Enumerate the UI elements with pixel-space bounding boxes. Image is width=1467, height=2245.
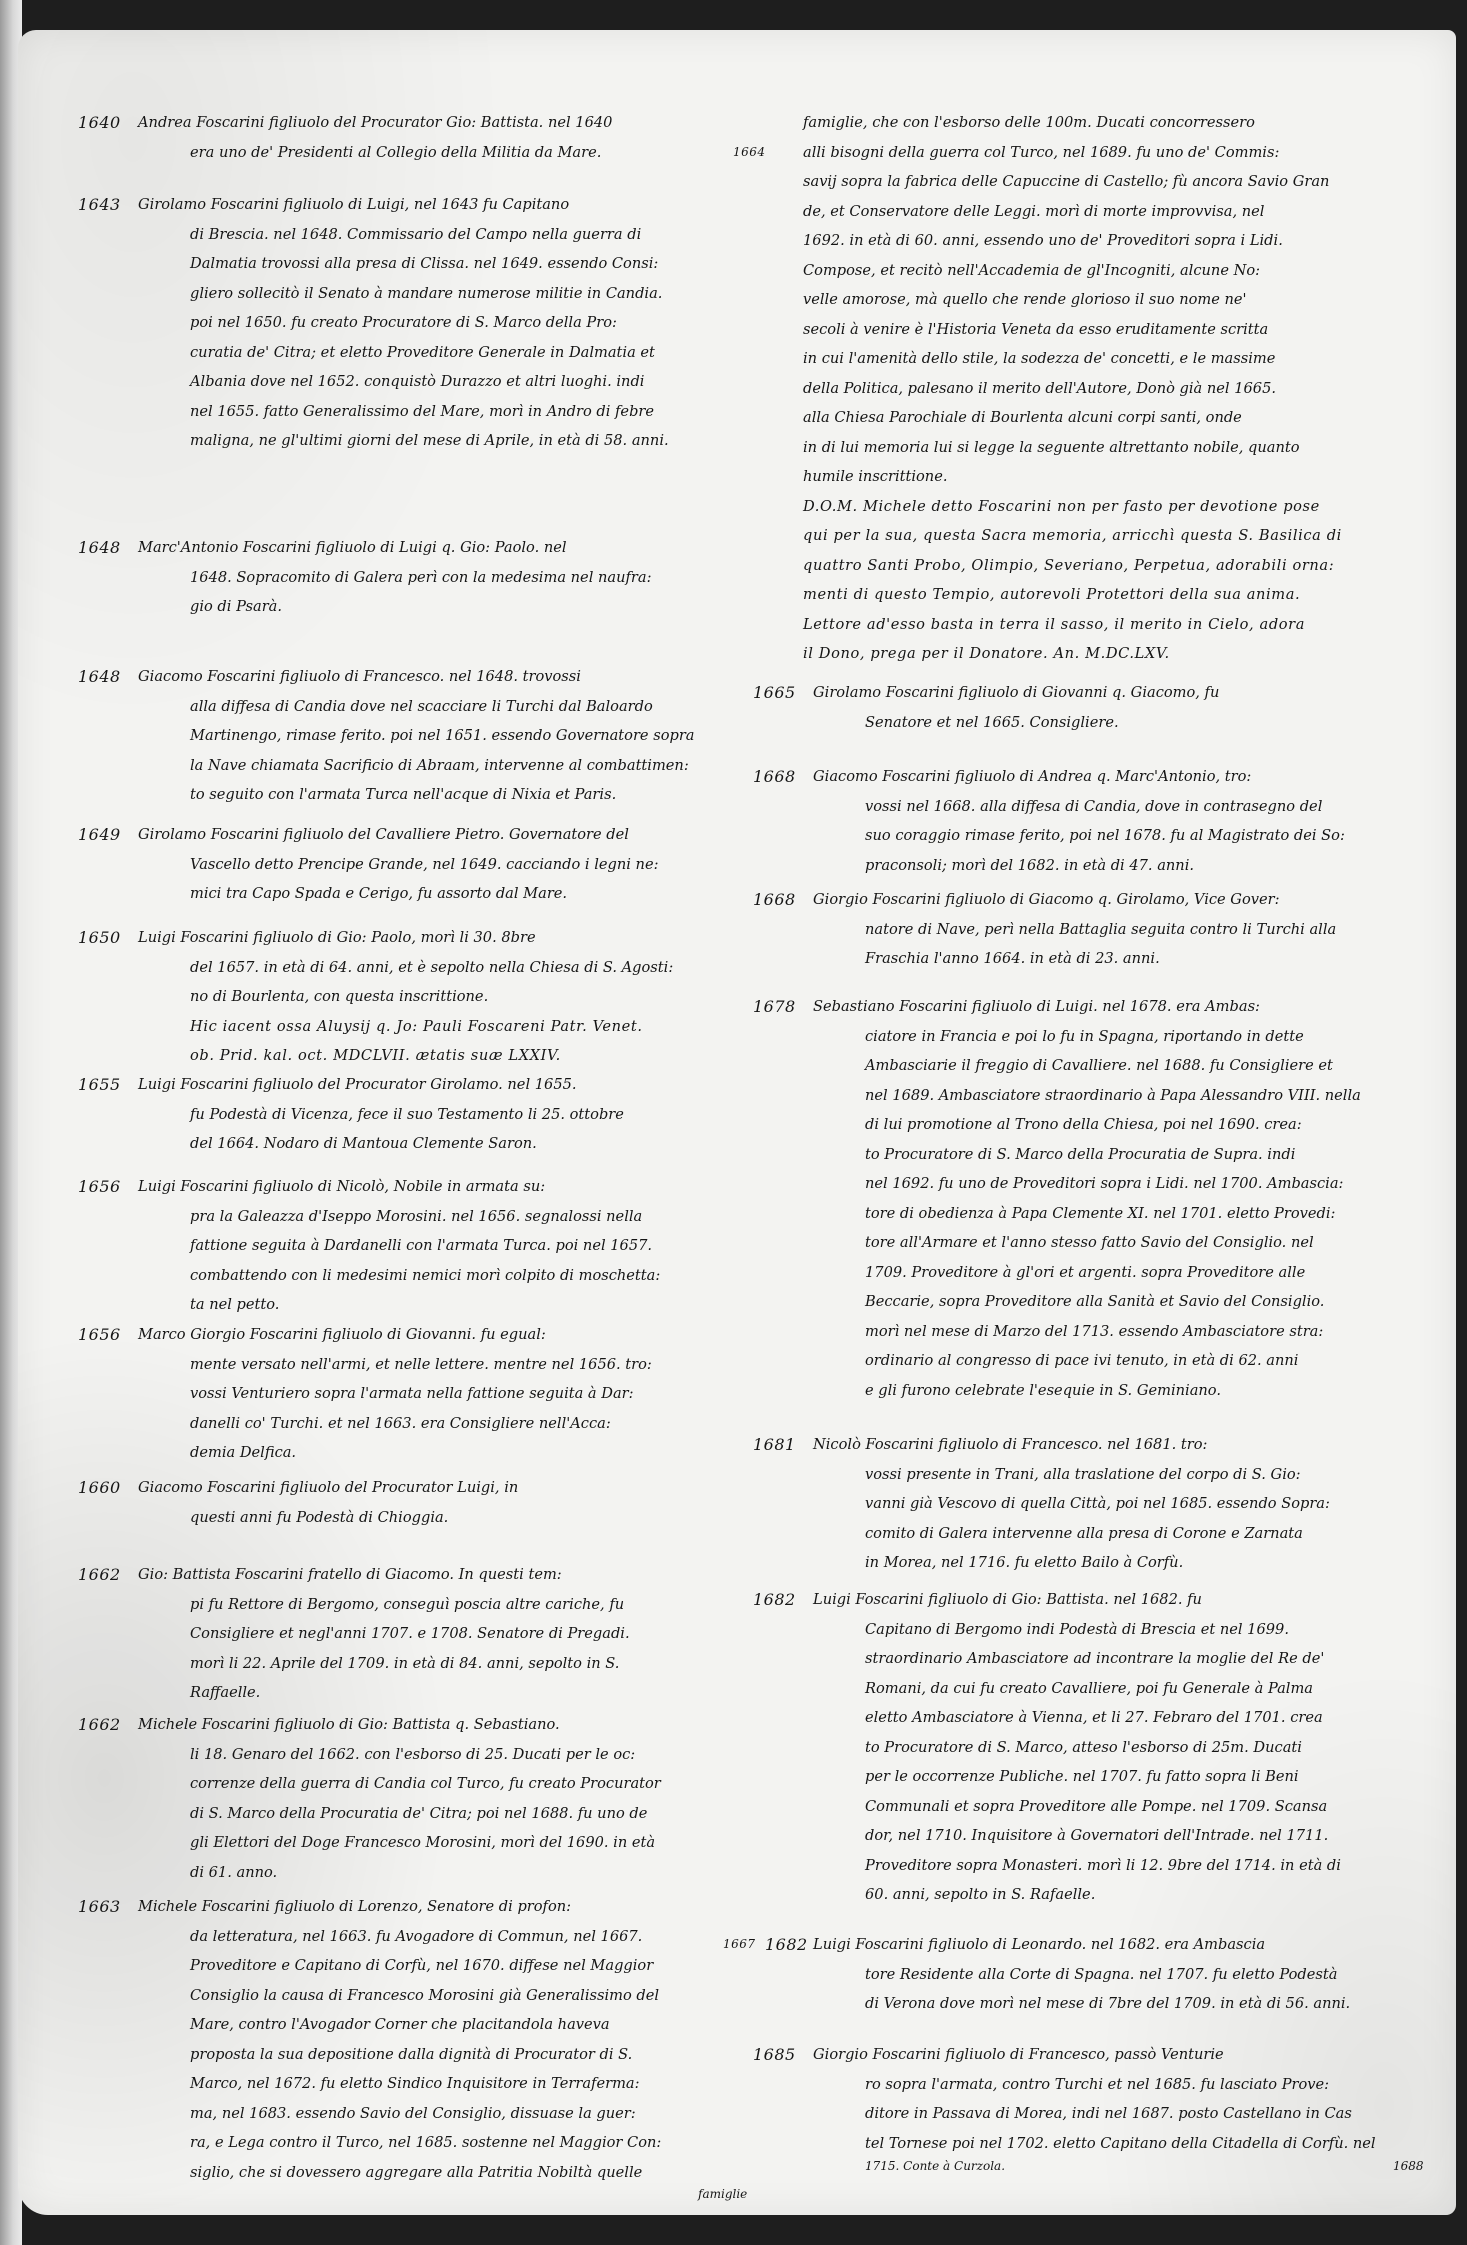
entry-line: vossi Venturiero sopra l'armata nella fa… (138, 1379, 652, 1409)
entry-line: ma, nel 1683. essendo Savio del Consigli… (138, 2099, 747, 2129)
entry-line: la Nave chiamata Sacrificio di Abraam, i… (138, 751, 695, 781)
entry-line: de, et Conservatore delle Leggi. morì di… (803, 197, 1342, 227)
entry-year: 1668 (753, 762, 811, 792)
inscription-line: D.O.M. Michele detto Foscarini non per f… (803, 492, 1342, 522)
entry-year: 1656 (78, 1172, 136, 1202)
entry-line: morì nel mese di Marzo del 1713. essendo… (813, 1317, 1361, 1347)
catchword: famiglie (138, 2187, 747, 2201)
entry-line: suo coraggio rimase ferito, poi nel 1678… (813, 821, 1345, 851)
entry-line: praconsoli; morì del 1682. in età di 47.… (813, 851, 1345, 881)
entry-line: Michele Foscarini figliuolo di Gio: Batt… (138, 1710, 661, 1740)
entry-line: Vascello detto Prencipe Grande, nel 1649… (138, 850, 659, 880)
entry-line: Gio: Battista Foscarini fratello di Giac… (138, 1560, 630, 1590)
entry-line: Marco Giorgio Foscarini figliuolo di Gio… (138, 1320, 652, 1350)
entry-1656-marco-giorgio: 1656 Marco Giorgio Foscarini figliuolo d… (78, 1320, 652, 1468)
entry-year: 1662 (78, 1710, 136, 1740)
entry-line: Giacomo Foscarini figliuolo di Andrea q.… (813, 762, 1345, 792)
entry-line: gli Elettori del Doge Francesco Morosini… (138, 1828, 661, 1858)
entry-line: alla Chiesa Parochiale di Bourlenta alcu… (803, 403, 1342, 433)
entry-1655-luigi: 1655 Luigi Foscarini figliuolo del Procu… (78, 1070, 624, 1159)
entry-line: alli bisogni della guerra col Turco, nel… (803, 138, 1342, 168)
entry-line: fattione seguita à Dardanelli con l'arma… (138, 1231, 660, 1261)
entry-line: danelli co' Turchi. et nel 1663. era Con… (138, 1409, 652, 1439)
entry-line: per le occorrenze Publiche. nel 1707. fu… (813, 1762, 1341, 1792)
entry-year: 1648 (78, 533, 136, 563)
entry-line: in cui l'amenità dello stile, la sodezza… (803, 344, 1342, 374)
entry-line: da letteratura, nel 1663. fu Avogadore d… (138, 1922, 747, 1952)
entry-line: ta nel petto. (138, 1290, 660, 1320)
entry-line: curatia de' Citra; et eletto Proveditore… (138, 338, 669, 368)
entry-line: Girolamo Foscarini figliuolo del Cavalli… (138, 820, 659, 850)
entry-line: Compose, et recitò nell'Accademia de gl'… (803, 256, 1342, 286)
entry-line: gio di Psarà. (138, 592, 652, 622)
entry-line: Albania dove nel 1652. conquistò Durazzo… (138, 367, 669, 397)
entry-year: 1663 (78, 1892, 136, 1922)
entry-year: 1665 (753, 678, 811, 708)
entry-line: to Procuratore di S. Marco della Procura… (813, 1140, 1361, 1170)
entry-year: 1678 (753, 992, 811, 1022)
entry-year: 1650 (78, 923, 136, 953)
entry-line: tore di obedienza à Papa Clemente XI. ne… (813, 1199, 1361, 1229)
entry-line: Luigi Foscarini figliuolo di Nicolò, Nob… (138, 1172, 660, 1202)
entry-line: pra la Galeazza d'Iseppo Morosini. nel 1… (138, 1202, 660, 1232)
entry-line: 1709. Proveditore à gl'ori et argenti. s… (813, 1258, 1361, 1288)
entry-line: mente versato nell'armi, et nelle letter… (138, 1350, 652, 1380)
entry-1668-giorgio: 1668 Giorgio Foscarini figliuolo di Giac… (753, 885, 1336, 974)
entry-line: Consiglio la causa di Francesco Morosini… (138, 1981, 747, 2011)
entry-line: Giacomo Foscarini figliuolo di Francesco… (138, 662, 695, 692)
entry-line: vanni già Vescovo di quella Città, poi n… (813, 1489, 1330, 1519)
entry-line: Romani, da cui fu creato Cavalliere, poi… (813, 1674, 1341, 1704)
entry-line: eletto Ambasciatore à Vienna, et li 27. … (813, 1703, 1341, 1733)
entry-line: li 18. Genaro del 1662. con l'esborso di… (138, 1740, 661, 1770)
entry-line: Dalmatia trovossi alla presa di Clissa. … (138, 249, 669, 279)
entry-line: maligna, ne gl'ultimi giorni del mese di… (138, 426, 669, 456)
entry-line: della Politica, palesano il merito dell'… (803, 374, 1342, 404)
entry-line: Ambasciarie il freggio di Cavalliere. ne… (813, 1051, 1361, 1081)
entry-line: humile inscrittione. (803, 462, 1342, 492)
entry-line: nel 1655. fatto Generalissimo del Mare, … (138, 397, 669, 427)
entry-line: Giacomo Foscarini figliuolo del Procurat… (138, 1473, 518, 1503)
entry-1643-girolamo: 1643 Girolamo Foscarini figliuolo di Lui… (78, 190, 669, 456)
entry-line: vossi nel 1668. alla diffesa di Candia, … (813, 792, 1345, 822)
entry-year: 1643 (78, 190, 136, 220)
entry-line: straordinario Ambasciatore ad incontrare… (813, 1644, 1341, 1674)
entry-1640-andrea: 1640 Andrea Foscarini figliuolo del Proc… (78, 108, 612, 167)
entry-line: natore di Nave, perì nella Battaglia seg… (813, 915, 1336, 945)
inscription-line: quattro Santi Probo, Olimpio, Severiano,… (803, 551, 1342, 581)
entry-line: ciatore in Francia e poi lo fu in Spagna… (813, 1022, 1361, 1052)
entry-line: di lui promotione al Trono della Chiesa,… (813, 1110, 1361, 1140)
entry-1649-girolamo: 1649 Girolamo Foscarini figliuolo del Ca… (78, 820, 659, 909)
entry-line: di Brescia. nel 1648. Commissario del Ca… (138, 220, 669, 250)
entry-year: 1685 (753, 2040, 811, 2070)
entry-1662-gio-battista: 1662 Gio: Battista Foscarini fratello di… (78, 1560, 630, 1708)
entry-line: Michele Foscarini figliuolo di Lorenzo, … (138, 1892, 747, 1922)
entry-line: to Procuratore di S. Marco, atteso l'esb… (813, 1733, 1341, 1763)
entry-line: 1692. in età di 60. anni, essendo uno de… (803, 226, 1342, 256)
entry-line: ditore in Passava di Morea, indi nel 168… (813, 2099, 1424, 2129)
inscription-line: menti di questo Tempio, autorevoli Prote… (803, 580, 1342, 610)
entry-line: Raffaelle. (138, 1678, 630, 1708)
entry-1685-giorgio: 1685 Giorgio Foscarini figliuolo di Fran… (753, 2040, 1424, 2174)
entry-line: no di Bourlenta, con questa inscrittione… (138, 982, 673, 1012)
entry-line: Beccarie, sopra Proveditore alla Sanità … (813, 1287, 1361, 1317)
entry-year: 1648 (78, 662, 136, 692)
entry-line: 60. anni, sepolto in S. Rafaelle. (813, 1880, 1341, 1910)
entry-line: era uno de' Presidenti al Collegio della… (138, 138, 612, 168)
entry-line: Luigi Foscarini figliuolo di Gio: Paolo,… (138, 923, 673, 953)
entry-line: Marco, nel 1672. fu eletto Sindico Inqui… (138, 2069, 747, 2099)
entry-year: 1682 (765, 1930, 823, 1960)
entry-year: 1668 (753, 885, 811, 915)
entry-line: Luigi Foscarini figliuolo di Gio: Battis… (813, 1585, 1341, 1615)
entry-line: questi anni fu Podestà di Chioggia. (138, 1503, 518, 1533)
entry-line: comito di Galera intervenne alla presa d… (813, 1519, 1330, 1549)
entry-line: dor, nel 1710. Inquisitore à Governatori… (813, 1821, 1341, 1851)
entry-line: Andrea Foscarini figliuolo del Procurato… (138, 108, 612, 138)
entry-line: Fraschia l'anno 1664. in età di 23. anni… (813, 944, 1336, 974)
entry-line: to seguito con l'armata Turca nell'acque… (138, 780, 695, 810)
entry-line: alla diffesa di Candia dove nel scacciar… (138, 692, 695, 722)
entry-1668-giacomo: 1668 Giacomo Foscarini figliuolo di Andr… (753, 762, 1345, 880)
entry-line: in di lui memoria lui si legge la seguen… (803, 433, 1342, 463)
entry-line: del 1657. in età di 64. anni, et è sepol… (138, 953, 673, 983)
entry-line: Nicolò Foscarini figliuolo di Francesco.… (813, 1430, 1330, 1460)
manuscript-page: 1640 Andrea Foscarini figliuolo del Proc… (18, 30, 1456, 2215)
entry-1665-girolamo: 1665 Girolamo Foscarini figliuolo di Gio… (753, 678, 1219, 737)
entry-line: tore Residente alla Corte di Spagna. nel… (813, 1960, 1350, 1990)
entry-1681-nicolo: 1681 Nicolò Foscarini figliuolo di Franc… (753, 1430, 1330, 1578)
entry-line: velle amorose, mà quello che rende glori… (803, 285, 1342, 315)
entry-line: correnze della guerra di Candia col Turc… (138, 1769, 661, 1799)
entry-1660-giacomo: 1660 Giacomo Foscarini figliuolo del Pro… (78, 1473, 518, 1532)
entry-year: 1640 (78, 108, 136, 138)
entry-line: Luigi Foscarini figliuolo del Procurator… (138, 1070, 624, 1100)
entry-year: 1662 (78, 1560, 136, 1590)
entry-line: Martinengo, rimase ferito. poi nel 1651.… (138, 721, 695, 751)
entry-1663-michele: 1663 Michele Foscarini figliuolo di Lore… (78, 1892, 747, 2201)
entry-line: secoli à venire è l'Historia Veneta da e… (803, 315, 1342, 345)
entry-year: 1656 (78, 1320, 136, 1350)
entry-line: savij sopra la fabrica delle Capuccine d… (803, 167, 1342, 197)
entry-line: nel 1692. fu uno de Proveditori sopra i … (813, 1169, 1361, 1199)
entry-line: proposta la sua depositione dalla dignit… (138, 2040, 747, 2070)
entry-line: ordinario al congresso di pace ivi tenut… (813, 1346, 1361, 1376)
entry-line: fu Podestà di Vicenza, fece il suo Testa… (138, 1100, 624, 1130)
entry-1682-luigi-gio-battista: 1682 Luigi Foscarini figliuolo di Gio: B… (753, 1585, 1341, 1910)
entry-line: demia Delfica. (138, 1438, 652, 1468)
entry-line: tel Tornese poi nel 1702. eletto Capitan… (813, 2129, 1424, 2159)
entry-1648-giacomo: 1648 Giacomo Foscarini figliuolo di Fran… (78, 662, 695, 810)
entry-line: in Morea, nel 1716. fu eletto Bailo à Co… (813, 1548, 1330, 1578)
entry-line: Girolamo Foscarini figliuolo di Giovanni… (813, 678, 1219, 708)
entry-line: tore all'Armare et l'anno stesso fatto S… (813, 1228, 1361, 1258)
entry-line: Proveditore e Capitano di Corfù, nel 167… (138, 1951, 747, 1981)
inscription-line: Hic iacent ossa Aluysij q. Jo: Pauli Fos… (138, 1012, 673, 1042)
entry-line: famiglie, che con l'esborso delle 100m. … (803, 108, 1342, 138)
inscription-line: il Dono, prega per il Donatore. An. M.DC… (803, 639, 1342, 669)
entry-line: Consigliere et negl'anni 1707. e 1708. S… (138, 1619, 630, 1649)
entry-year: 1681 (753, 1430, 811, 1460)
entry-line: di 61. anno. (138, 1858, 661, 1888)
entry-line: Giorgio Foscarini figliuolo di Giacomo q… (813, 885, 1336, 915)
inscription-line: qui per la sua, questa Sacra memoria, ar… (803, 521, 1342, 551)
entry-line: Mare, contro l'Avogador Corner che placi… (138, 2010, 747, 2040)
entry-line: siglio, che si dovessero aggregare alla … (138, 2158, 747, 2188)
entry-line: ra, e Lega contro il Turco, nel 1685. so… (138, 2128, 747, 2158)
entry-line: mici tra Capo Spada e Cerigo, fu assorto… (138, 879, 659, 909)
entry-1656-luigi: 1656 Luigi Foscarini figliuolo di Nicolò… (78, 1172, 660, 1320)
entry-line: Sebastiano Foscarini figliuolo di Luigi.… (813, 992, 1361, 1022)
entry-line: Senatore et nel 1665. Consigliere. (813, 708, 1219, 738)
entry-line: Proveditore sopra Monasteri. morì li 12.… (813, 1851, 1341, 1881)
entry-line: Luigi Foscarini figliuolo di Leonardo. n… (813, 1930, 1350, 1960)
entry-1663-michele-continuation: 1664 famiglie, che con l'esborso delle 1… (753, 108, 1342, 669)
entry-line: del 1664. Nodaro di Mantoua Clemente Sar… (138, 1129, 624, 1159)
entry-line: nel 1689. Ambasciatore straordinario à P… (813, 1081, 1361, 1111)
entry-line: Girolamo Foscarini figliuolo di Luigi, n… (138, 190, 669, 220)
entry-1678-sebastiano: 1678 Sebastiano Foscarini figliuolo di L… (753, 992, 1361, 1405)
entry-line: Communali et sopra Proveditore alle Pomp… (813, 1792, 1341, 1822)
entry-line: gliero sollecitò il Senato à mandare num… (138, 279, 669, 309)
entry-1648-marcantonio: 1648 Marc'Antonio Foscarini figliuolo di… (78, 533, 652, 622)
margin-note: 1664 (733, 138, 791, 168)
entry-year: 1682 (753, 1585, 811, 1615)
entry-line: Giorgio Foscarini figliuolo di Francesco… (813, 2040, 1424, 2070)
entry-line: Capitano di Bergomo indi Podestà di Bres… (813, 1615, 1341, 1645)
entry-line: ro sopra l'armata, contro Turchi et nel … (813, 2070, 1424, 2100)
inscription-line: Lettore ad'esso basta in terra il sasso,… (803, 610, 1342, 640)
entry-line: pi fu Rettore di Bergomo, conseguì posci… (138, 1590, 630, 1620)
entry-line: di S. Marco della Procuratia de' Citra; … (138, 1799, 661, 1829)
entry-line: combattendo con li medesimi nemici morì … (138, 1261, 660, 1291)
entry-line: 1648. Sopracomito di Galera perì con la … (138, 563, 652, 593)
entry-1682-luigi-leonardo: 1667 1682 Luigi Foscarini figliuolo di L… (753, 1930, 1350, 2019)
entry-year: 1655 (78, 1070, 136, 1100)
entry-1650-luigi: 1650 Luigi Foscarini figliuolo di Gio: P… (78, 923, 673, 1071)
entry-line: poi nel 1650. fu creato Procuratore di S… (138, 308, 669, 338)
entry-line: di Verona dove morì nel mese di 7bre del… (813, 1989, 1350, 2019)
entry-line: vossi presente in Trani, alla traslation… (813, 1460, 1330, 1490)
entry-1662-michele: 1662 Michele Foscarini figliuolo di Gio:… (78, 1710, 661, 1887)
entry-line: e gli furono celebrate l'esequie in S. G… (813, 1376, 1361, 1406)
entry-year: 1660 (78, 1473, 136, 1503)
entry-line: Marc'Antonio Foscarini figliuolo di Luig… (138, 533, 652, 563)
entry-line: morì li 22. Aprile del 1709. in età di 8… (138, 1649, 630, 1679)
entry-year: 1649 (78, 820, 136, 850)
inscription-line: ob. Prid. kal. oct. MDCLVII. ætatis suæ … (138, 1041, 673, 1071)
